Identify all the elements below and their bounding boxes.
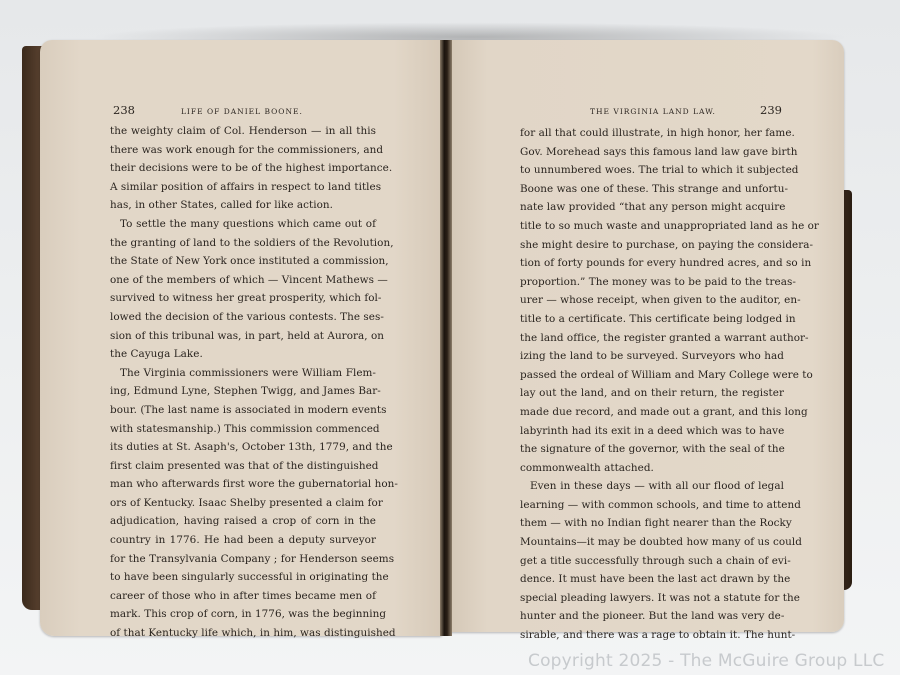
text-line: Gov. Morehead says this famous land law … — [520, 143, 784, 162]
text-line: she might desire to purchase, on paying … — [520, 236, 784, 255]
text-line: urer — whose receipt, when given to the … — [520, 291, 784, 310]
text-line: dence. It must have been the last act dr… — [520, 570, 784, 589]
text-line: the granting of land to the soldiers of … — [110, 234, 376, 253]
text-line: sirable, and there was a rage to obtain … — [520, 626, 784, 645]
text-line: the land office, the register granted a … — [520, 329, 784, 348]
text-line: country in 1776. He had been a deputy su… — [110, 531, 376, 550]
text-line: to have been singularly successful in or… — [110, 568, 376, 587]
text-line: there was work enough for the commission… — [110, 141, 376, 160]
text-line: Even in these days — with all our flood … — [520, 477, 784, 496]
right-running-head: THE VIRGINIA LAND LAW. 239 — [590, 103, 782, 117]
text-line: career of those who in after times becam… — [110, 587, 376, 606]
text-line: for the Transylvania Company ; for Hende… — [110, 550, 376, 569]
text-line: hunter and the pioneer. But the land was… — [520, 607, 784, 626]
text-line: lay out the land, and on their return, t… — [520, 384, 784, 403]
text-line: made due record, and made out a grant, a… — [520, 403, 784, 422]
book-spine-gutter — [440, 40, 452, 636]
text-line: with statesmanship.) This commission com… — [110, 420, 376, 439]
text-line: survived to witness her great prosperity… — [110, 289, 376, 308]
text-line: first claim presented was that of the di… — [110, 457, 376, 476]
text-line: bour. (The last name is associated in mo… — [110, 401, 376, 420]
left-page-body-text: the weighty claim of Col. Henderson — in… — [110, 122, 376, 643]
text-line: to unnumbered woes. The trial to which i… — [520, 161, 784, 180]
text-line: lowed the decision of the various contes… — [110, 308, 376, 327]
left-page-number: 238 — [113, 103, 135, 117]
text-line: has, in other States, called for like ac… — [110, 196, 376, 215]
text-line: man who afterwards first wore the gubern… — [110, 475, 376, 494]
text-line: one of the members of which — Vincent Ma… — [110, 271, 376, 290]
text-line: the Cayuga Lake. — [110, 345, 376, 364]
text-line: labyrinth had its exit in a deed which w… — [520, 422, 784, 441]
text-line: izing the land to be surveyed. Surveyors… — [520, 347, 784, 366]
text-line: the State of New York once instituted a … — [110, 252, 376, 271]
text-line: commonwealth attached. — [520, 459, 784, 478]
text-line: Boone was one of these. This strange and… — [520, 180, 784, 199]
text-line: their decisions were to be of the highes… — [110, 159, 376, 178]
right-page-title: THE VIRGINIA LAND LAW. — [590, 107, 716, 116]
right-page-number: 239 — [760, 103, 782, 117]
text-line: mark. This crop of corn, in 1776, was th… — [110, 605, 376, 624]
text-line: adjudication, having raised a crop of co… — [110, 512, 376, 531]
text-line: the weighty claim of Col. Henderson — in… — [110, 122, 376, 141]
text-line: To settle the many questions which came … — [110, 215, 376, 234]
text-line: the signature of the governor, with the … — [520, 440, 784, 459]
text-line: special pleading lawyers. It was not a s… — [520, 589, 784, 608]
text-line: Mountains—it may be doubted how many of … — [520, 533, 784, 552]
text-line: tion of forty pounds for every hundred a… — [520, 254, 784, 273]
text-line: A similar position of affairs in respect… — [110, 178, 376, 197]
text-line: for all that could illustrate, in high h… — [520, 124, 784, 143]
text-line: proportion.” The money was to be paid to… — [520, 273, 784, 292]
text-line: The Virginia commissioners were William … — [110, 364, 376, 383]
text-line: get a title successfully through such a … — [520, 552, 784, 571]
text-line: title to so much waste and unappropriate… — [520, 217, 784, 236]
text-line: passed the ordeal of William and Mary Co… — [520, 366, 784, 385]
right-page-body-text: for all that could illustrate, in high h… — [520, 124, 784, 645]
text-line: its duties at St. Asaph's, October 13th,… — [110, 438, 376, 457]
left-running-head: 238 LIFE OF DANIEL BOONE. — [113, 103, 379, 117]
text-line: sion of this tribunal was, in part, held… — [110, 327, 376, 346]
text-line: nate law provided “that any person might… — [520, 198, 784, 217]
text-line: title to a certificate. This certificate… — [520, 310, 784, 329]
text-line: learning — with common schools, and time… — [520, 496, 784, 515]
left-page-title: LIFE OF DANIEL BOONE. — [181, 107, 303, 116]
text-line: of that Kentucky life which, in him, was… — [110, 624, 376, 643]
text-line: them — with no Indian fight nearer than … — [520, 514, 784, 533]
text-line: ors of Kentucky. Isaac Shelby presented … — [110, 494, 376, 513]
text-line: ing, Edmund Lyne, Stephen Twigg, and Jam… — [110, 382, 376, 401]
copyright-watermark: Copyright 2025 - The McGuire Group LLC — [528, 651, 884, 671]
